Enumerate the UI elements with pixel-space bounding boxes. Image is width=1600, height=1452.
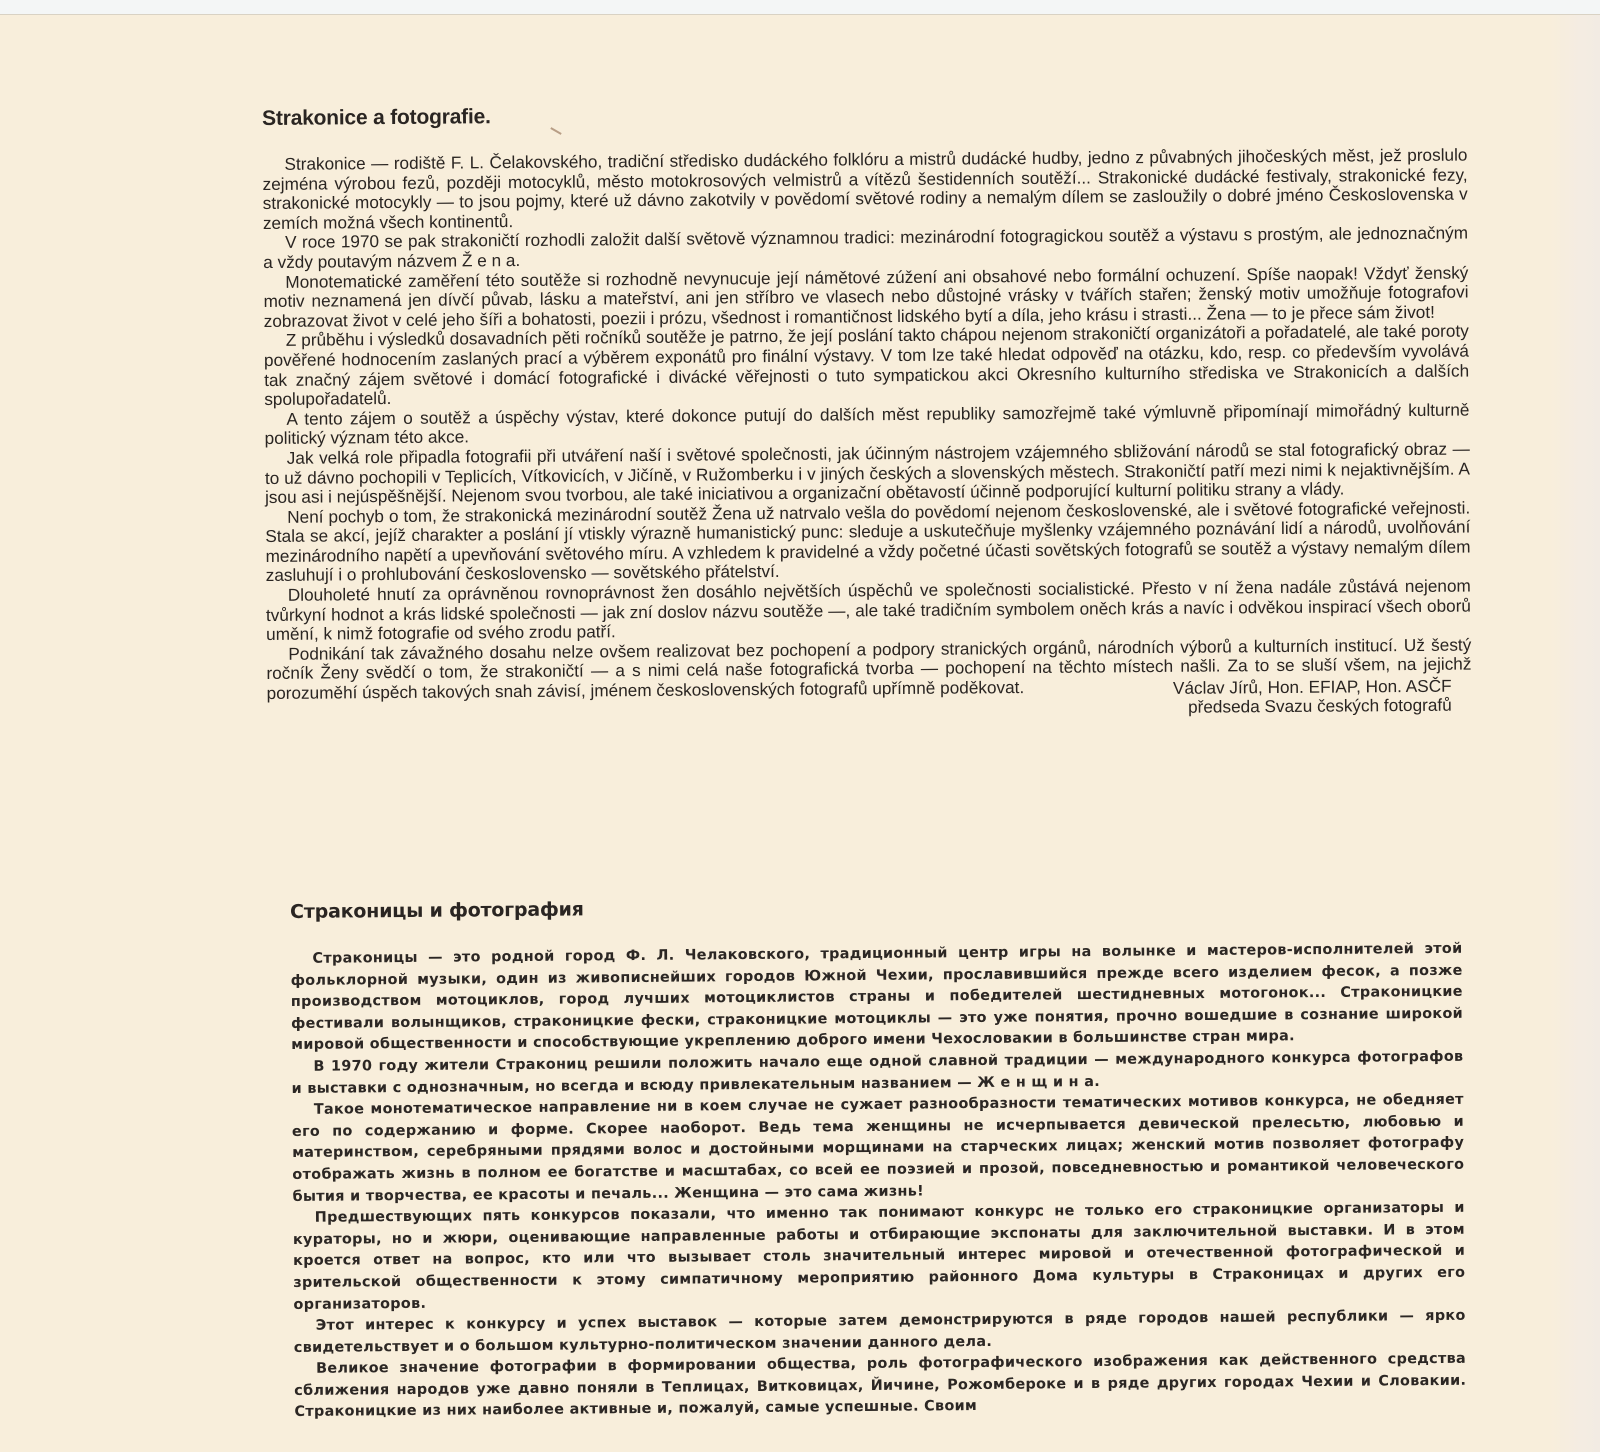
czech-paragraph: Z průběhu i výsledků dosavadních pěti ro… (264, 322, 1470, 410)
russian-article-title: Страконицы и фотография (290, 891, 1462, 923)
czech-article: Strakonice a fotografie. Strakonice — ro… (262, 98, 1472, 725)
russian-paragraph: Такое монотематическое направление ни в … (292, 1090, 1465, 1208)
czech-paragraph: Jak velká role připadla fotografii při u… (265, 439, 1470, 507)
czech-paragraph: Dlouholeté hnutí za oprávněnou rovnopráv… (266, 577, 1471, 645)
russian-article: Страконицы и фотография Страконицы — это… (290, 891, 1467, 1424)
czech-paragraph: Strakonice — rodiště F. L. Čelakovského,… (262, 146, 1468, 234)
russian-paragraph: Предшествующих пять конкурсов показали, … (293, 1198, 1466, 1316)
russian-paragraph: Страконицы — это родной город Ф. Л. Чела… (290, 939, 1463, 1057)
czech-article-title: Strakonice a fotografie. (262, 98, 1467, 131)
czech-paragraph: Monotematické zaměření této soutěže si r… (263, 263, 1468, 331)
czech-paragraph: Není pochyb o tom, že strakonická meziná… (265, 498, 1471, 586)
document-page: Strakonice a fotografie. Strakonice — ro… (0, 14, 1600, 1452)
russian-paragraph: Великое значение фотографии в формирован… (294, 1349, 1467, 1424)
